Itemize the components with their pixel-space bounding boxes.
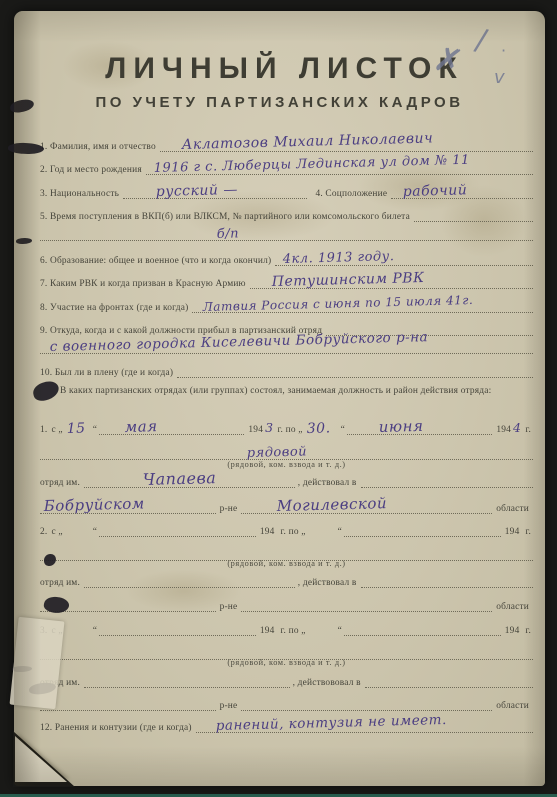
field-surname-value: Аклатозов Михаил Николаевич — [182, 130, 434, 153]
entry1-otryad-name: Чапаева — [143, 468, 217, 489]
entry2-to-day-slot — [308, 521, 336, 537]
print-from-prefix: с „ — [51, 425, 62, 435]
print-acted-label: , действововал в — [290, 678, 365, 688]
entry3-from-month-line — [99, 619, 256, 636]
field-birth-label: 2. Год и место рождения — [40, 165, 146, 175]
field-party-line — [414, 205, 533, 222]
field-fronts-label: 8. Участие на фронтах (где и когда) — [40, 303, 192, 313]
entry1-to-day-slot: 30. — [305, 419, 339, 435]
field-nationality-label: 3. Национальность — [40, 189, 123, 199]
entry2-from-day-slot — [63, 521, 91, 537]
field-nationality-row: 3. Национальность русский — 4. Соцположе… — [40, 183, 533, 199]
print-rne-label: р-не — [216, 504, 242, 514]
field-surname-line: Аклатозов Михаил Николаевич — [160, 135, 533, 152]
print-quote: “ — [338, 626, 342, 636]
paper-sheet: ЛИЧНЫЙ ЛИСТОК ПО УЧЕТУ ПАРТИЗАНСКИХ КАДР… — [14, 11, 545, 786]
field-fronts-row: 8. Участие на фронтах (где и когда) Латв… — [40, 297, 533, 313]
print-year-from: 194 — [260, 626, 275, 636]
print-otryad-label: отряд им. — [40, 578, 84, 588]
entry1-from-day: 15 — [66, 421, 85, 437]
entry3-to-month-line — [344, 619, 501, 636]
field-units-label: В каких партизанских отрядах (или группа… — [60, 386, 491, 396]
field-wounds-value: ранений, контузия не имеет. — [216, 712, 447, 734]
entry1-from-year-digit: 3 — [265, 420, 273, 435]
field-social-label: 4. Соцположение — [307, 189, 391, 199]
entry2-otryad-line — [84, 571, 295, 588]
print-oblast-label: области — [492, 504, 533, 514]
field-wounds-line: ранений, контузия не имеет. — [196, 716, 533, 733]
entry2-dates-row: 2. с „ “ 194 г. по „ “ 194 г. — [40, 521, 533, 537]
entry1-district-line: Бобруйском — [40, 497, 216, 514]
entry1-to-day: 30. — [306, 420, 330, 437]
field-rvk-row: 7. Каким РВК и когда призван в Красную А… — [40, 273, 533, 289]
entry3-from-day-slot — [63, 620, 91, 636]
entry3-acted-line — [365, 671, 533, 688]
entry1-number: 1. — [40, 425, 51, 435]
field-captivity-line — [177, 361, 533, 378]
field-fronts-line: Латвия Россия с июня по 15 июля 41г. — [192, 296, 533, 313]
entry2-district-row: р-не области — [40, 596, 533, 612]
field-rvk-line: Петушинским РВК — [250, 272, 533, 289]
print-rne-label: р-не — [216, 701, 242, 711]
entry1-role-hint: (рядовой, ком. взвода и т. д.) — [40, 460, 533, 469]
field-birth-row: 2. Год и место рождения 1916 г с. Люберц… — [40, 159, 533, 175]
field-surname-label: 1. Фамилия, имя и отчество — [40, 142, 160, 152]
entry1-to-month-line: июня — [347, 418, 492, 435]
field-education-label: 6. Образование: общее и военное (что и к… — [40, 256, 275, 266]
entry2-region-line — [241, 595, 492, 612]
folded-corner-flap — [15, 736, 67, 782]
entry3-region-line — [241, 694, 492, 711]
entry1-role: рядовой — [247, 444, 308, 461]
print-quote: “ — [93, 425, 97, 435]
entry2-to-month-line — [344, 520, 501, 537]
print-quote: “ — [93, 527, 97, 537]
field-origin-line2: с военного городка Киселевичи Бобруйског… — [40, 337, 533, 354]
print-rne-label: р-не — [216, 602, 242, 612]
print-oblast-label: области — [492, 701, 533, 711]
print-year-to: 194 — [505, 527, 520, 537]
entry3-to-day-slot — [308, 620, 336, 636]
entry1-otryad-line: Чапаева — [84, 471, 295, 488]
print-oblast-label: области — [492, 602, 533, 612]
entry3-district-line — [40, 694, 216, 711]
scanned-document: ЛИЧНЫЙ ЛИСТОК ПО УЧЕТУ ПАРТИЗАНСКИХ КАДР… — [0, 0, 557, 797]
field-captivity-row: 10. Был ли в плену (где и когда) — [40, 362, 533, 378]
print-to-prefix: г. по „ — [281, 527, 306, 537]
entry2-acted-line — [361, 571, 533, 588]
entry1-role-line: рядовой — [40, 443, 533, 460]
field-wounds-row: 12. Ранения и контузии (где и когда) ран… — [40, 717, 533, 733]
entry1-district-row: Бобруйском р-не Могилевской области — [40, 498, 533, 514]
entry1-from-day-slot: 15 — [63, 419, 91, 435]
entry2-number: 2. — [40, 527, 51, 537]
entry1-acted-line — [361, 471, 533, 488]
entry1-district: Бобруйском — [43, 494, 144, 515]
print-year-to: 194 — [496, 425, 511, 435]
print-quote: “ — [338, 527, 342, 537]
field-rvk-label: 7. Каким РВК и когда призван в Красную А… — [40, 279, 250, 289]
entry1-role-row: рядовой — [40, 444, 533, 460]
field-birth-value: 1916 г с. Люберцы Лединская ул дом № 11 — [153, 153, 469, 176]
field-surname-row: 1. Фамилия, имя и отчество Аклатозов Мих… — [40, 136, 533, 152]
print-acted-label: , действовал в — [295, 578, 361, 588]
print-quote: “ — [93, 626, 97, 636]
field-party-row2: б/п — [40, 225, 533, 241]
field-party-label: 5. Время поступления в ВКП(б) или ВЛКСМ,… — [40, 212, 414, 222]
print-year-suffix: г. — [525, 527, 531, 537]
field-party-row: 5. Время поступления в ВКП(б) или ВЛКСМ,… — [40, 206, 533, 222]
entry2-role-hint: (рядовой, ком. взвода и т. д.) — [40, 559, 533, 568]
print-year-from: 194 — [260, 527, 275, 537]
print-year-suffix: г. — [525, 626, 531, 636]
field-social-line: рабочий — [391, 182, 533, 199]
field-birth-line: 1916 г с. Люберцы Лединская ул дом № 11 — [146, 158, 533, 175]
print-year-to: 194 — [505, 626, 520, 636]
field-nationality-value: русский — — [156, 182, 239, 200]
field-education-line: 4кл. 1913 году. — [275, 249, 533, 266]
document-title: ЛИЧНЫЙ ЛИСТОК — [14, 52, 545, 86]
field-education-value: 4кл. 1913 году. — [283, 249, 395, 267]
paper-stain — [104, 561, 264, 621]
entry3-district-row: р-не области — [40, 695, 533, 711]
entry1-region: Могилевской — [276, 494, 387, 515]
field-units-heading: В каких партизанских отрядах (или группа… — [40, 385, 533, 413]
field-fronts-value: Латвия Россия с июня по 15 июля 41г. — [202, 293, 473, 314]
print-from-prefix: с „ — [51, 527, 62, 537]
print-otryad-label: отряд им. — [40, 478, 84, 488]
print-to-prefix: г. по „ — [278, 425, 303, 435]
print-quote: “ — [341, 425, 345, 435]
field-nationality-line: русский — — [123, 182, 307, 199]
paper-tape-patch — [10, 617, 65, 709]
pencil-dot-mark: · — [501, 41, 506, 60]
print-to-prefix: г. по „ — [281, 626, 306, 636]
print-year-from: 194 — [248, 425, 263, 435]
print-year-suffix: г. — [525, 425, 531, 435]
field-party-value: б/п — [217, 226, 240, 242]
entry2-from-month-line — [99, 520, 256, 537]
entry1-from-month-line: мая — [99, 418, 244, 435]
entry3-dates-row: 3. с „ “ 194 г. по „ “ 194 г. — [40, 620, 533, 636]
print-acted-label: , действовал в — [295, 478, 361, 488]
document-subtitle: ПО УЧЕТУ ПАРТИЗАНСКИХ КАДРОВ — [14, 94, 545, 111]
entry1-to-month: июня — [379, 417, 424, 436]
entry2-otryad-row: отряд им. , действовал в — [40, 572, 533, 588]
entry1-region-line: Могилевской — [241, 497, 492, 514]
entry3-role-hint: (рядовой, ком. взвода и т. д.) — [40, 658, 533, 667]
field-education-row: 6. Образование: общее и военное (что и к… — [40, 250, 533, 266]
entry1-otryad-row: отряд им. Чапаева , действовал в — [40, 472, 533, 488]
field-social-value: рабочий — [402, 182, 467, 200]
field-rvk-value: Петушинским РВК — [272, 270, 425, 290]
field-party-line2: б/п — [40, 224, 533, 241]
field-captivity-label: 10. Был ли в плену (где и когда) — [40, 368, 177, 378]
entry1-dates-row: 1. с „ 15 “ мая 1943 г. по „ 30. “ июня … — [40, 419, 533, 435]
ink-blob — [8, 142, 45, 155]
entry3-otryad-line — [84, 671, 290, 688]
ink-blob — [16, 238, 32, 244]
field-origin-row2: с военного городка Киселевичи Бобруйског… — [40, 338, 533, 354]
entry1-from-month: мая — [125, 417, 158, 436]
entry3-otryad-row: отряд им. , действововал в — [40, 672, 533, 688]
pencil-tick-mark: v — [494, 67, 505, 88]
entry1-to-year-digit: 4 — [513, 420, 521, 435]
